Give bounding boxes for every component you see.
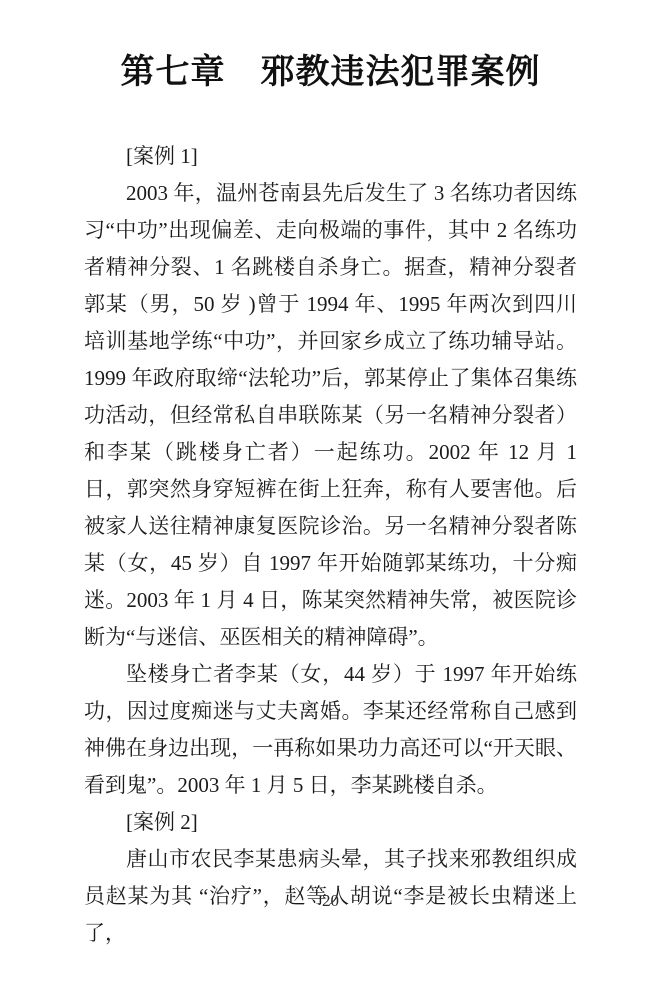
chapter-title: 第七章 邪教违法犯罪案例: [84, 0, 577, 94]
document-page: 第七章 邪教违法犯罪案例 [案例 1] 2003 年，温州苍南县先后发生了 3 …: [0, 0, 661, 982]
case-1-paragraph-1: 2003 年，温州苍南县先后发生了 3 名练功者因练习“中功”出现偏差、走向极端…: [84, 175, 577, 656]
page-number: 20: [0, 890, 661, 912]
case-2-label: [案例 2]: [84, 804, 577, 841]
case-1-label: [案例 1]: [84, 138, 577, 175]
page-content: 第七章 邪教违法犯罪案例 [案例 1] 2003 年，温州苍南县先后发生了 3 …: [84, 0, 577, 952]
case-1-paragraph-2: 坠楼身亡者李某（女，44 岁）于 1997 年开始练功，因过度痴迷与丈夫离婚。李…: [84, 656, 577, 804]
